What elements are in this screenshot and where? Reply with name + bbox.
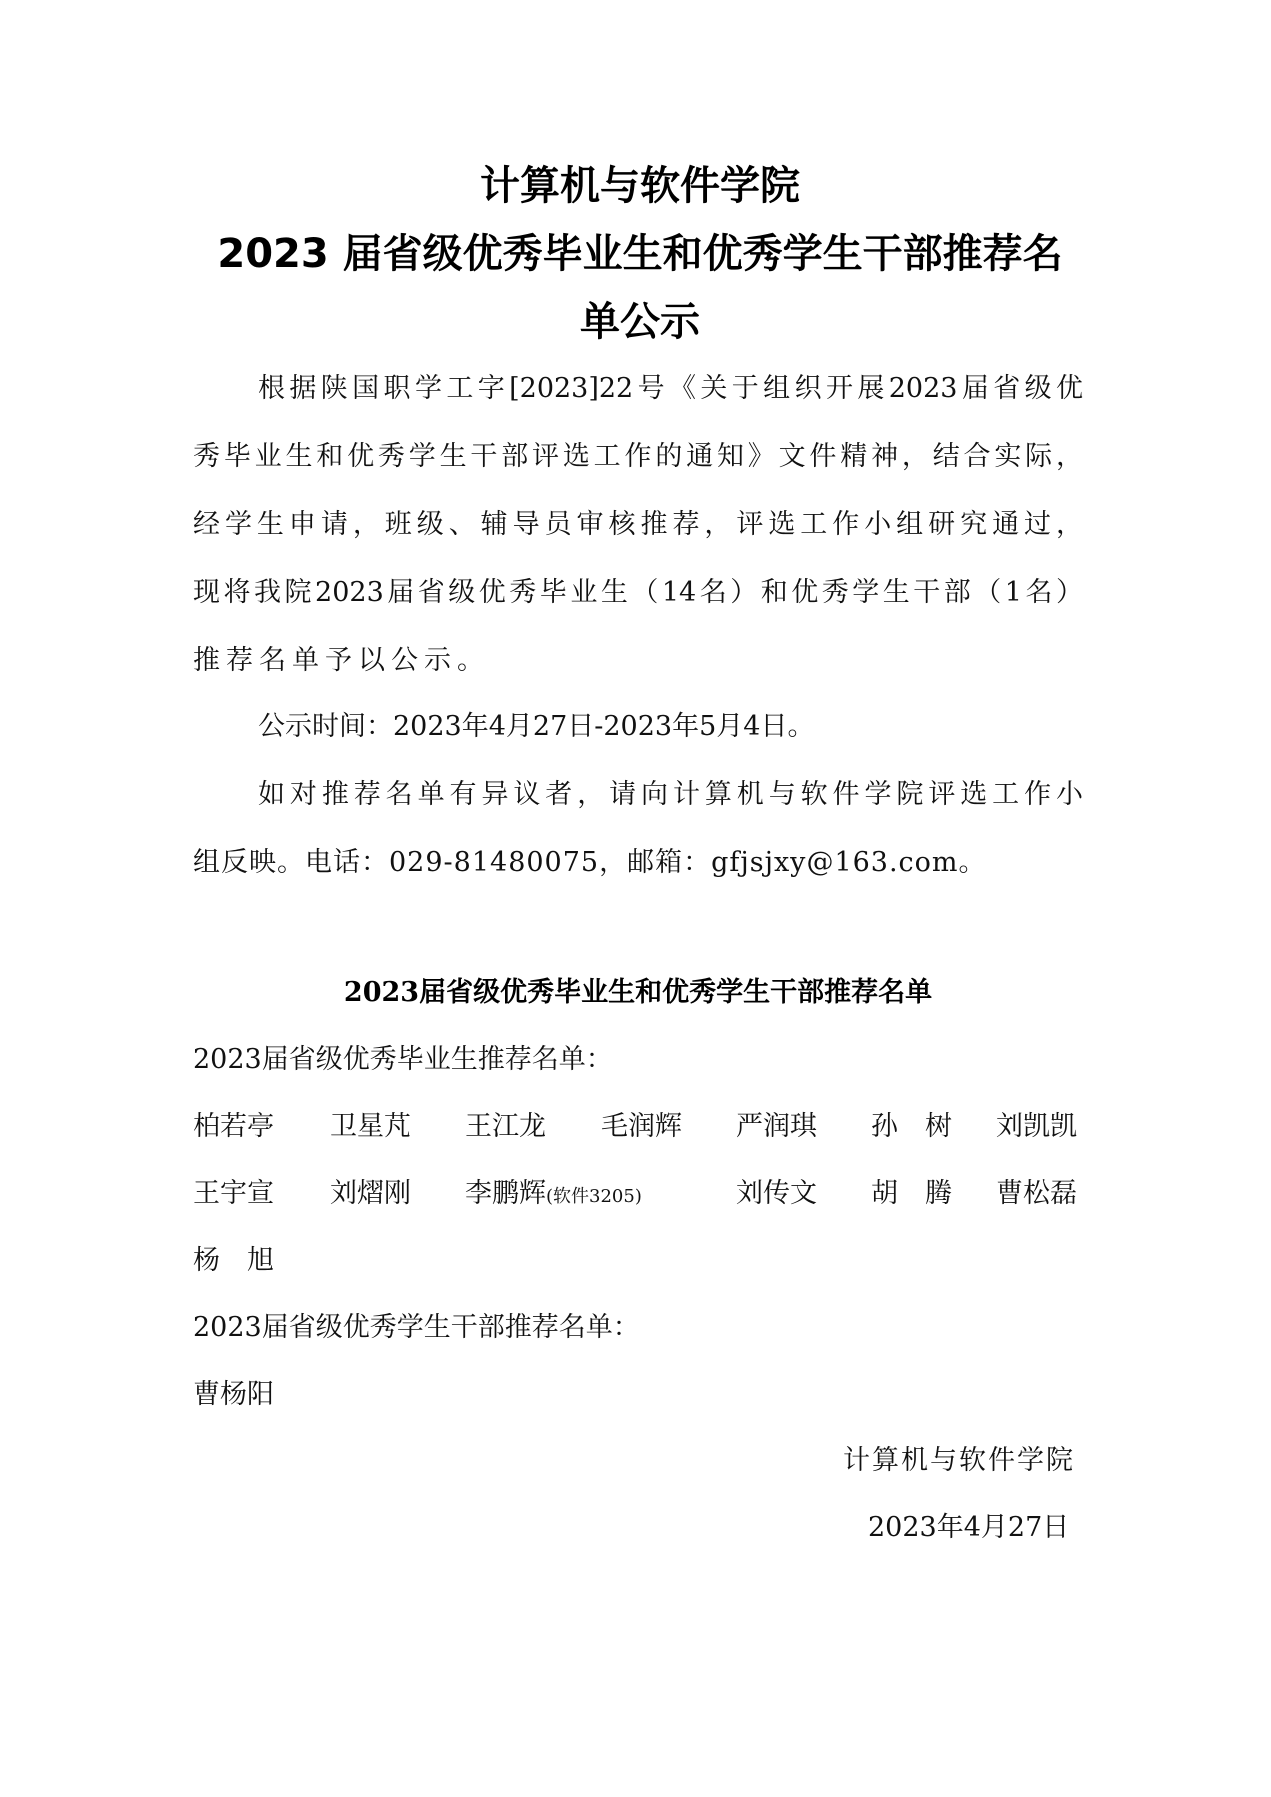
- body-paragraph-line-5: 推荐名单予以公示。: [193, 647, 1083, 674]
- graduate-name-with-note: 李鹏辉(软件3205): [465, 1180, 642, 1207]
- graduate-name: 毛润辉: [601, 1113, 682, 1140]
- publicity-period: 公示时间：2023年4月27日-2023年5月4日。: [258, 713, 1083, 740]
- objection-line-1: 如对推荐名单有异议者，请向计算机与软件学院评选工作小: [258, 781, 1083, 808]
- graduate-name: 刘传文: [736, 1180, 817, 1207]
- cadre-name: 曹杨阳: [193, 1381, 274, 1408]
- graduates-heading: 2023届省级优秀毕业生推荐名单：: [193, 1046, 1083, 1073]
- body-paragraph-line-1: 根据陕国职学工字[2023]22号《关于组织开展2023届省级优: [258, 375, 1083, 402]
- body-paragraph-line-4: 现将我院2023届省级优秀毕业生（14名）和优秀学生干部（1名）: [193, 579, 1083, 606]
- graduate-name: 李鹏辉: [465, 1178, 546, 1209]
- graduate-name: 孙 树: [871, 1113, 952, 1140]
- document-title-line-2: 2023 届省级优秀毕业生和优秀学生干部推荐名: [190, 234, 1090, 274]
- graduate-name: 胡 腾: [871, 1180, 952, 1207]
- body-paragraph-line-2: 秀毕业生和优秀学生干部评选工作的通知》文件精神，结合实际，: [193, 443, 1083, 470]
- graduate-name: 卫星芃: [330, 1113, 411, 1140]
- body-paragraph-line-3: 经学生申请，班级、辅导员审核推荐，评选工作小组研究通过，: [193, 511, 1083, 538]
- graduate-name: 刘凯凯: [996, 1113, 1077, 1140]
- graduate-name: 曹松磊: [996, 1180, 1077, 1207]
- graduate-name: 王宇宣: [193, 1180, 274, 1207]
- graduate-name: 王江龙: [465, 1113, 546, 1140]
- list-title: 2023届省级优秀毕业生和优秀学生干部推荐名单: [193, 979, 1083, 1006]
- signature-organization: 计算机与软件学院: [843, 1447, 1075, 1474]
- graduate-name: 严润琪: [736, 1113, 817, 1140]
- class-note: (软件3205): [546, 1186, 642, 1207]
- document-page: 计算机与软件学院 2023 届省级优秀毕业生和优秀学生干部推荐名 单公示 根据陕…: [0, 0, 1271, 1797]
- graduate-name: 杨 旭: [193, 1247, 274, 1274]
- objection-line-2: 组反映。电话：029-81480075，邮箱：gfjsjxy@163.com。: [193, 849, 1083, 876]
- document-title-line-1: 计算机与软件学院: [190, 166, 1090, 206]
- signature-date: 2023年4月27日: [868, 1514, 1069, 1541]
- document-title-line-3: 单公示: [190, 302, 1090, 342]
- cadres-heading: 2023届省级优秀学生干部推荐名单：: [193, 1314, 1083, 1341]
- graduate-name: 柏若亭: [193, 1113, 274, 1140]
- graduate-name: 刘熠刚: [330, 1180, 411, 1207]
